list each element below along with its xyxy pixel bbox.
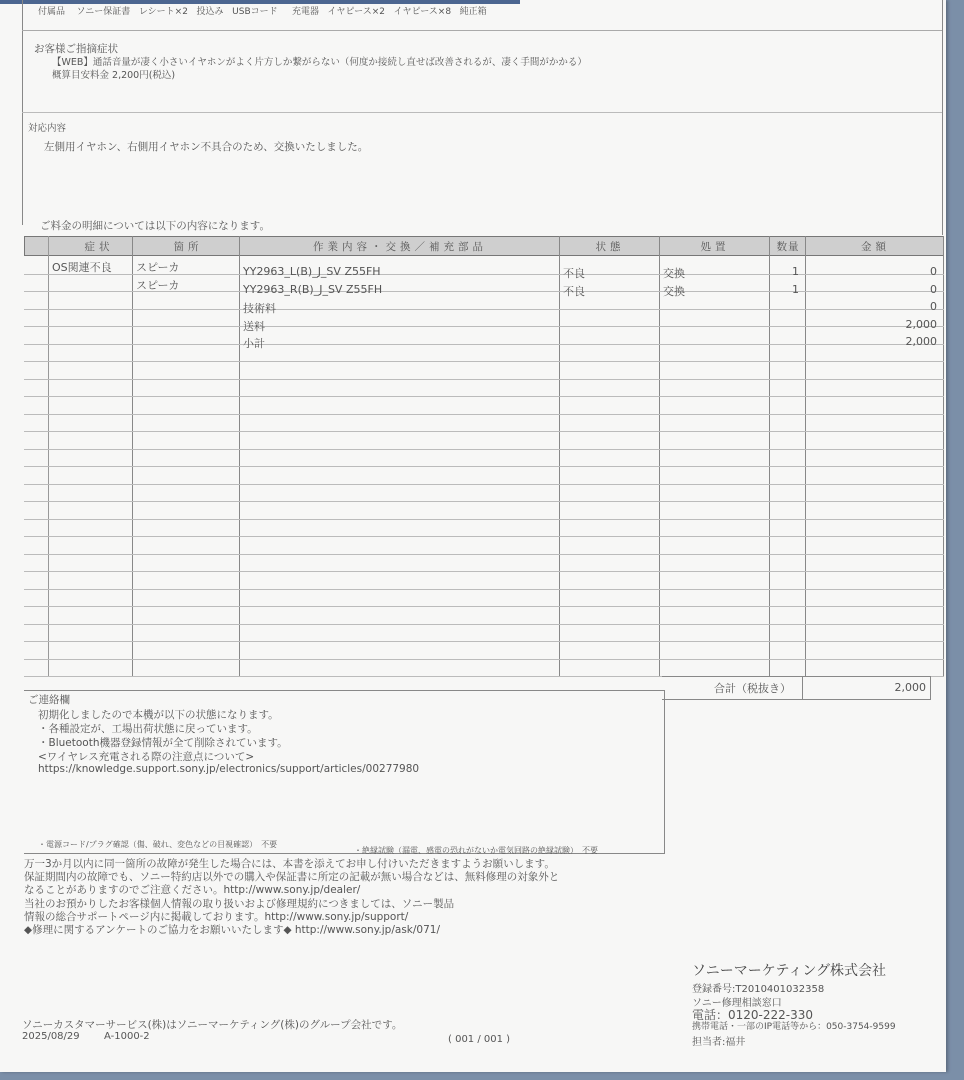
accessory-item: 純正箱 — [460, 7, 487, 17]
row-divider — [24, 466, 944, 467]
cell-qty: 1 — [769, 283, 799, 296]
column-divider — [48, 236, 49, 676]
customer-symptom-text: 【WEB】通話音量が凄く小さいイヤホンがよく片方しか繋がらない（何度か接続し直せ… — [52, 54, 587, 68]
column-divider — [239, 236, 240, 676]
cell-location: スピーカ — [136, 277, 179, 293]
remarks-line: ・各種設定が、工場出荷状態に戻っています。 — [38, 721, 258, 736]
row-divider — [24, 519, 944, 520]
remarks-line: 初期化しましたので本機が以下の状態になります。 — [38, 707, 279, 722]
divider — [22, 112, 942, 113]
notice-line: ◆修理に関するアンケートのご協力をお願いいたします◆ http://www.so… — [24, 922, 440, 937]
accessory-item: イヤピース×8 — [394, 7, 451, 17]
column-divider — [132, 236, 133, 676]
header-work: 作業内容・交換／補充部品 — [240, 239, 560, 254]
row-divider — [24, 361, 944, 362]
row-divider — [24, 396, 944, 397]
table-header: 症状 箇所 作業内容・交換／補充部品 状態 処置 数量 金額 — [24, 236, 944, 256]
divider — [802, 677, 803, 699]
repair-report-document: 付属品 ソニー保証書 レシート×2 投込み USBコード 充電器 イヤピース×2… — [0, 0, 946, 1072]
accessory-item: レシート×2 — [139, 7, 188, 17]
response-text: 左側用イヤホン、右側用イヤホン不具合のため、交換いたしました。 — [44, 139, 368, 154]
cell-work: YY2963_R(B)_J_SV Z55FH — [243, 283, 382, 296]
row-divider — [24, 659, 944, 660]
column-divider — [559, 236, 560, 676]
row-divider — [24, 431, 944, 432]
notice-line: なることがありますのでご注意ください。http://www.sony.jp/de… — [24, 882, 360, 897]
cell-amount: 2,000 — [805, 335, 937, 348]
group-note: ソニーカスタマーサービス(株)はソニーマーケティング(株)のグループ会社です。 — [22, 1017, 402, 1032]
accessory-item: イヤピース×2 — [328, 7, 385, 17]
column-divider — [943, 236, 944, 676]
estimate-text: 概算目安料金 2,200円(税込) — [52, 67, 175, 81]
accessory-item: 充電器 — [292, 7, 319, 17]
remarks-box: ご連絡欄 初期化しましたので本機が以下の状態になります。 ・各種設定が、工場出荷… — [24, 690, 665, 854]
row-divider — [24, 624, 944, 625]
accessory-item: 投込み — [197, 7, 224, 17]
row-divider — [24, 449, 944, 450]
cell-amount: 2,000 — [805, 318, 937, 331]
cell-symptom: OS関連不良 — [52, 259, 112, 275]
cell-work: 技術料 — [243, 300, 276, 316]
frame-border-right — [942, 0, 943, 235]
cell-amount: 0 — [805, 283, 937, 296]
row-divider — [24, 501, 944, 502]
remarks-link[interactable]: https://knowledge.support.sony.jp/electr… — [38, 763, 419, 775]
remarks-line: <ワイヤレス充電される際の注意点について> — [38, 749, 254, 764]
cell-status: 不良 — [563, 265, 585, 281]
accessories-label: 付属品 — [38, 7, 65, 17]
response-title: 対応内容 — [28, 120, 66, 134]
issue-date: 2025/08/29 — [22, 1031, 80, 1042]
cell-amount: 0 — [805, 265, 937, 278]
cell-action: 交換 — [663, 265, 685, 281]
header-action: 処置 — [660, 239, 770, 254]
divider — [22, 30, 942, 31]
cell-action: 交換 — [663, 283, 685, 299]
total-value: 2,000 — [895, 681, 927, 694]
cell-work: 小計 — [243, 335, 265, 351]
row-divider — [24, 589, 944, 590]
row-divider — [24, 641, 944, 642]
cell-work: YY2963_L(B)_J_SV Z55FH — [243, 265, 381, 278]
row-divider — [24, 606, 944, 607]
header-status: 状態 — [560, 239, 660, 254]
total-row: 合計（税抜き） 2,000 — [662, 676, 931, 700]
row-divider — [24, 484, 944, 485]
staff-name: 担当者:福井 — [692, 1033, 745, 1048]
charges-intro: ご料金の明細については以下の内容になります。 — [40, 218, 270, 233]
row-divider — [24, 536, 944, 537]
column-divider — [769, 236, 770, 676]
row-divider — [24, 379, 944, 380]
total-label: 合計（税抜き） — [714, 680, 791, 696]
form-code: A-1000-2 — [104, 1031, 150, 1042]
column-divider — [659, 236, 660, 676]
cell-status: 不良 — [563, 283, 585, 299]
row-divider — [24, 414, 944, 415]
accessory-item: USBコード — [232, 7, 277, 17]
power-cord-check: ・電源コード/プラグ確認（傷、破れ、変色などの目視確認） 不要 — [38, 839, 277, 850]
header-amount: 金額 — [806, 239, 945, 254]
row-divider — [24, 554, 944, 555]
header-location: 箇所 — [133, 239, 243, 254]
page-number: ( 001 / 001 ) — [448, 1034, 510, 1045]
header-qty: 数量 — [770, 239, 806, 254]
cell-qty: 1 — [769, 265, 799, 278]
insulation-test: ・絶縁試験（漏電、感電の恐れがないか電気回路の絶縁試験） 不要 — [354, 845, 598, 856]
accessory-item: ソニー保証書 — [76, 7, 130, 17]
accessories-line: 付属品 ソニー保証書 レシート×2 投込み USBコード 充電器 イヤピース×2… — [38, 4, 487, 17]
remarks-line: ・Bluetooth機器登録情報が全て削除されています。 — [38, 735, 288, 750]
row-divider — [24, 571, 944, 572]
mobile-number: 携帯電話・一部のIP電話等から：050-3754-9599 — [692, 1019, 896, 1032]
cell-location: スピーカ — [136, 259, 179, 275]
company-name: ソニーマーケティング株式会社 — [692, 960, 886, 980]
remarks-title: ご連絡欄 — [28, 692, 70, 707]
registration-number: 登録番号:T2010401032358 — [692, 980, 824, 995]
cell-work: 送料 — [243, 318, 265, 334]
cell-amount: 0 — [805, 300, 937, 313]
